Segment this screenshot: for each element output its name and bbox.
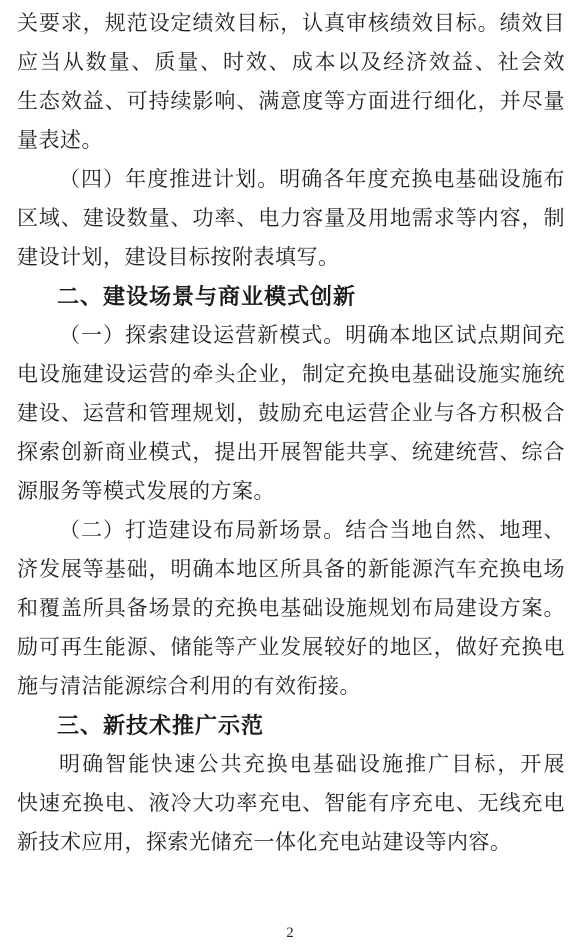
text-line: 新技术应用，探索光储充一体化充电站建设等内容。 — [17, 823, 565, 862]
text-line: 区域、建设数量、功率、电力容量及用地需求等内容，制定 — [17, 199, 565, 238]
text-line: 应当从数量、质量、时效、成本以及经济效益、社会效益、 — [17, 43, 565, 82]
text-line: 生态效益、可持续影响、满意度等方面进行细化，并尽量定 — [17, 82, 565, 121]
text-line: 电设施建设运营的牵头企业，制定充换电基础设施实施统一 — [17, 355, 565, 394]
section-heading: 二、建设场景与商业模式创新 — [17, 277, 565, 316]
text-line: 关要求，规范设定绩效目标，认真审核绩效目标。绩效目标 — [17, 4, 565, 43]
text-line: （一）探索建设运营新模式。明确本地区试点期间充换 — [17, 316, 565, 355]
text-line: 量表述。 — [17, 121, 565, 160]
text-line: （四）年度推进计划。明确各年度充换电基础设施布局 — [17, 160, 565, 199]
paragraph: （一）探索建设运营新模式。明确本地区试点期间充换 电设施建设运营的牵头企业，制定… — [17, 316, 565, 511]
text-line: 源服务等模式发展的方案。 — [17, 472, 565, 511]
text-line: 明确智能快速公共充换电基础设施推广目标，开展 V2G、 — [17, 745, 565, 784]
text-line: 建设计划，建设目标按附表填写。 — [17, 238, 565, 277]
section-heading: 三、新技术推广示范 — [17, 706, 565, 745]
paragraph: 关要求，规范设定绩效目标，认真审核绩效目标。绩效目标 应当从数量、质量、时效、成… — [17, 4, 565, 160]
text-line: 济发展等基础，明确本地区所具备的新能源汽车充换电场景 — [17, 550, 565, 589]
page-number: 2 — [0, 924, 580, 942]
text-line: 建设、运营和管理规划，鼓励充电运营企业与各方积极合作， — [17, 394, 565, 433]
text-line: 和覆盖所具备场景的充换电基础设施规划布局建设方案。鼓 — [17, 589, 565, 628]
paragraph: 明确智能快速公共充换电基础设施推广目标，开展 V2G、 快速充换电、液冷大功率充… — [17, 745, 565, 862]
text-line: 快速充换电、液冷大功率充电、智能有序充电、无线充电等 — [17, 784, 565, 823]
text-line: 探索创新商业模式，提出开展智能共享、统建统营、综合能 — [17, 433, 565, 472]
paragraph: （四）年度推进计划。明确各年度充换电基础设施布局 区域、建设数量、功率、电力容量… — [17, 160, 565, 277]
text-line: 励可再生能源、储能等产业发展较好的地区，做好充换电设 — [17, 628, 565, 667]
text-line: （二）打造建设布局新场景。结合当地自然、地理、经 — [17, 511, 565, 550]
text-line: 施与清洁能源综合利用的有效衔接。 — [17, 667, 565, 706]
paragraph: （二）打造建设布局新场景。结合当地自然、地理、经 济发展等基础，明确本地区所具备… — [17, 511, 565, 706]
document-page: 关要求，规范设定绩效目标，认真审核绩效目标。绩效目标 应当从数量、质量、时效、成… — [0, 0, 580, 949]
